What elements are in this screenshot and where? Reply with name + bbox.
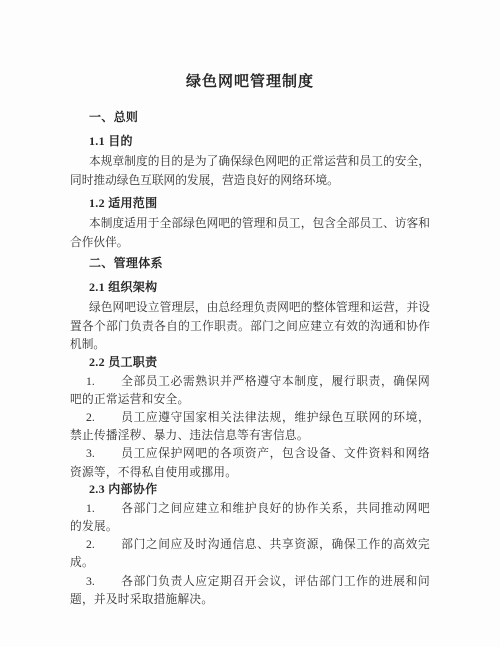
- section-heading-guanlitixi: 二、管理体系: [89, 254, 430, 273]
- paragraph-purpose: 本规章制度的目的是为了确保绿色网吧的正常运营和员工的安全，同时推动绿色互联网的发…: [70, 153, 430, 190]
- list-item-text: 员工应遵守国家相关法律法规，维护绿色互联网的环境，禁止传播淫秽、暴力、违法信息等…: [70, 411, 430, 442]
- list-item-text: 各部门之间应建立和维护良好的协作关系，共同推动网吧的发展。: [70, 502, 430, 533]
- list-item-number: 1.: [86, 375, 95, 388]
- list-item-number: 2.: [86, 411, 95, 424]
- list-item-text: 全部员工必需熟识并严格遵守本制度，履行职责，确保网吧的正常运营和安全。: [70, 375, 430, 406]
- document-page: 绿色网吧管理制度 一、总则 1.1 目的 本规章制度的目的是为了确保绿色网吧的正…: [0, 0, 500, 647]
- section-heading-zongze: 一、总则: [89, 108, 430, 127]
- list-item: 3.各部门负责人应定期召开会议，评估部门工作的进展和问题，并及时采取措施解决。: [70, 573, 430, 609]
- section-heading-2-2-yuangongzhize: 2.2 员工职责: [89, 353, 430, 372]
- list-item: 2.部门之间应及时沟通信息、共享资源，确保工作的高效完成。: [70, 536, 430, 572]
- section-heading-1-1-mudi: 1.1 目的: [89, 132, 430, 151]
- list-item: 1.各部门之间应建立和维护良好的协作关系，共同推动网吧的发展。: [70, 500, 430, 536]
- list-item-text: 员工应保护网吧的各项资产，包含设备、文件资料和网络资源等，不得私自使用或挪用。: [70, 447, 430, 478]
- list-item: 1.全部员工必需熟识并严格遵守本制度，履行职责，确保网吧的正常运营和安全。: [70, 373, 430, 409]
- list-item: 3.员工应保护网吧的各项资产，包含设备、文件资料和网络资源等，不得私自使用或挪用…: [70, 445, 430, 481]
- list-item-number: 3.: [86, 447, 95, 460]
- paragraph-scope: 本制度适用于全部绿色网吧的管理和员工，包含全部员工、访客和合作伙伴。: [70, 215, 430, 252]
- section-heading-2-3-neibuxiezuo: 2.3 内部协作: [89, 480, 430, 499]
- document-content: 绿色网吧管理制度 一、总则 1.1 目的 本规章制度的目的是为了确保绿色网吧的正…: [70, 0, 430, 609]
- list-item-number: 3.: [86, 575, 95, 588]
- paragraph-organization: 绿色网吧设立管理层，由总经理负责网吧的整体管理和运营，并设置各个部门负责各自的工…: [70, 299, 430, 355]
- list-item: 2.员工应遵守国家相关法律法规，维护绿色互联网的环境，禁止传播淫秽、暴力、违法信…: [70, 409, 430, 445]
- list-item-number: 2.: [86, 538, 95, 551]
- section-heading-1-2-shiyongfanwei: 1.2 适用范围: [89, 194, 430, 213]
- list-item-number: 1.: [86, 502, 95, 515]
- section-heading-2-1-zuzhijiagou: 2.1 组织架构: [89, 278, 430, 297]
- document-title: 绿色网吧管理制度: [70, 72, 430, 92]
- list-item-text: 各部门负责人应定期召开会议，评估部门工作的进展和问题，并及时采取措施解决。: [70, 575, 430, 606]
- list-item-text: 部门之间应及时沟通信息、共享资源，确保工作的高效完成。: [70, 538, 430, 569]
